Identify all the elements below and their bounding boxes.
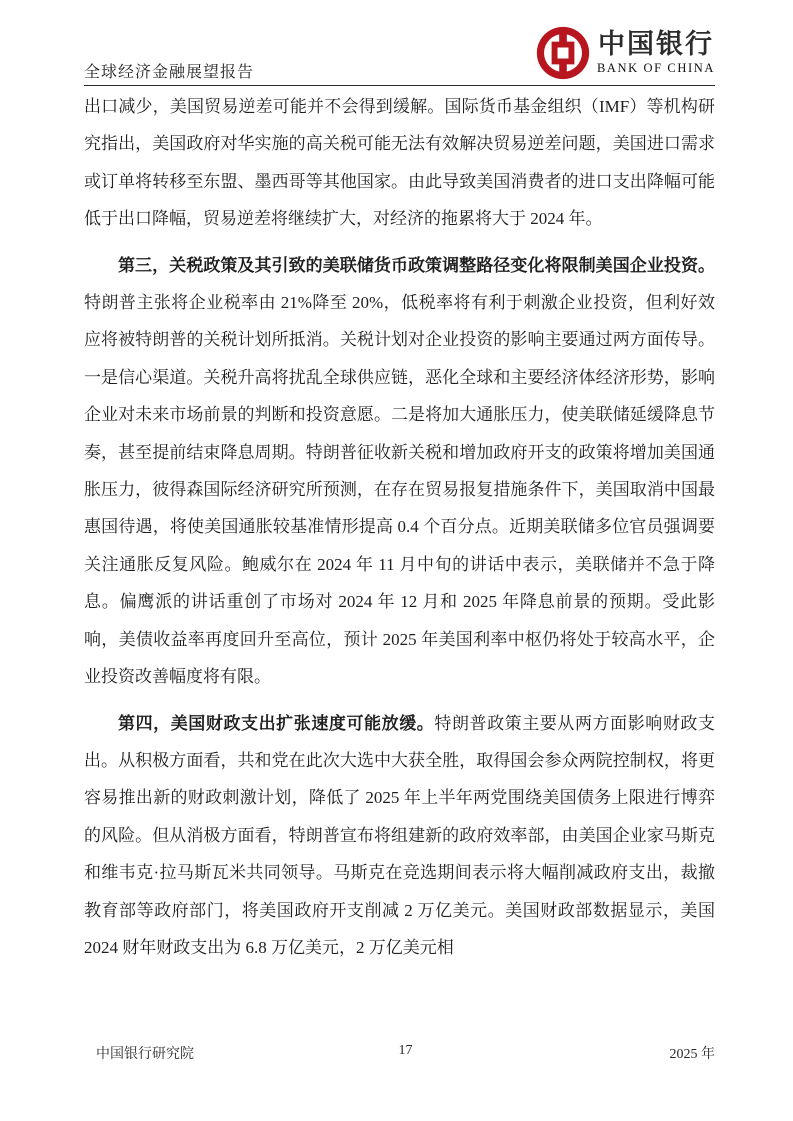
paragraph-text: 特朗普政策主要从两方面影响财政支出。从积极方面看，共和党在此次大选中大获全胜，取…	[84, 714, 715, 957]
paragraph-text: 特朗普主张将企业税率由 21%降至 20%，低税率将有利于刺激企业投资，但利好效…	[84, 293, 715, 686]
paragraph-lead: 第四，美国财政支出扩张速度可能放缓。	[118, 714, 434, 733]
footer-institute: 中国银行研究院	[96, 1043, 194, 1063]
logo-chinese-name: 中国银行	[598, 30, 714, 58]
logo-english-name: BANK OF CHINA	[597, 61, 715, 76]
report-series-title: 全球经济金融展望报告	[84, 59, 254, 82]
paragraph-lead: 第三，关税政策及其引致的美联储货币政策调整路径变化将限制美国企业投资。	[118, 256, 715, 275]
page-header: 全球经济金融展望报告 中国银行 BANK OF CHINA	[84, 0, 715, 86]
document-body: 出口减少，美国贸易逆差可能并不会得到缓解。国际货币基金组织（IMF）等机构研究指…	[84, 88, 715, 975]
boc-coin-emblem-icon	[536, 26, 590, 80]
bank-of-china-logo: 中国银行 BANK OF CHINA	[536, 26, 715, 80]
paragraph-point-three: 第三，关税政策及其引致的美联储货币政策调整路径变化将限制美国企业投资。特朗普主张…	[84, 247, 715, 696]
paragraph-text: 出口减少，美国贸易逆差可能并不会得到缓解。国际货币基金组织（IMF）等机构研究指…	[84, 97, 715, 228]
logo-wordmark: 中国银行 BANK OF CHINA	[597, 30, 715, 75]
page-number: 17	[399, 1043, 413, 1059]
page-footer: 中国银行研究院 17 2025 年	[96, 1043, 715, 1063]
paragraph-trade-deficit: 出口减少，美国贸易逆差可能并不会得到缓解。国际货币基金组织（IMF）等机构研究指…	[84, 88, 715, 238]
paragraph-point-four: 第四，美国财政支出扩张速度可能放缓。特朗普政策主要从两方面影响财政支出。从积极方…	[84, 705, 715, 967]
document-page: 全球经济金融展望报告 中国银行 BANK OF CHINA 出口减少，美国贸易逆…	[0, 0, 793, 1121]
footer-year: 2025 年	[670, 1043, 716, 1063]
